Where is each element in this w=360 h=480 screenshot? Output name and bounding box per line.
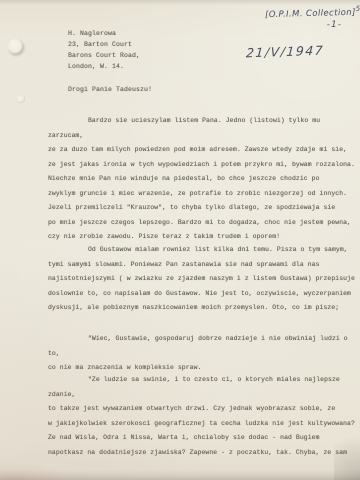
sender-address-line-2: Barons Court Road, — [68, 50, 140, 61]
collection-annotation: [O.P.I.M. Collection]54 — [265, 5, 360, 20]
handwritten-date: 21/V/1947 — [245, 43, 324, 61]
letter-paragraph-4-quote: "Ze ludzie sa swinie, i to czesto ci, o … — [48, 373, 358, 460]
punch-hole-faint — [16, 94, 25, 103]
sender-address-line-1: 23, Barton Court — [68, 39, 140, 50]
letter-paragraph-1: Bardzo sie ucieszylam listem Pana. Jedno… — [48, 114, 358, 245]
salutation: Drogi Panie Tadeuszu! — [68, 86, 152, 93]
letter-paragraph-2: Od Gustawow mialam rowniez list kilka dn… — [48, 243, 358, 316]
letter-paragraph-3-quote: "Wiec, Gustawie, gospodaruj dobrze nadzi… — [48, 332, 358, 376]
paper-top-edge-shadow — [0, 0, 360, 5]
letter-page: [O.P.I.M. Collection]54 -1- 21/V/1947 H.… — [0, 0, 360, 480]
paper-stain — [0, 462, 70, 480]
sender-name: H. Naglerowa — [68, 28, 140, 39]
sender-address-block: H. Naglerowa 23, Barton Court Barons Cou… — [68, 28, 140, 72]
sender-address-line-3: London, W. 14. — [68, 61, 140, 72]
page-number-annotation: -1- — [327, 20, 342, 30]
collection-annotation-number: 54 — [356, 5, 360, 13]
collection-annotation-text: [O.P.I.M. Collection] — [265, 8, 356, 20]
punch-hole — [8, 39, 23, 54]
